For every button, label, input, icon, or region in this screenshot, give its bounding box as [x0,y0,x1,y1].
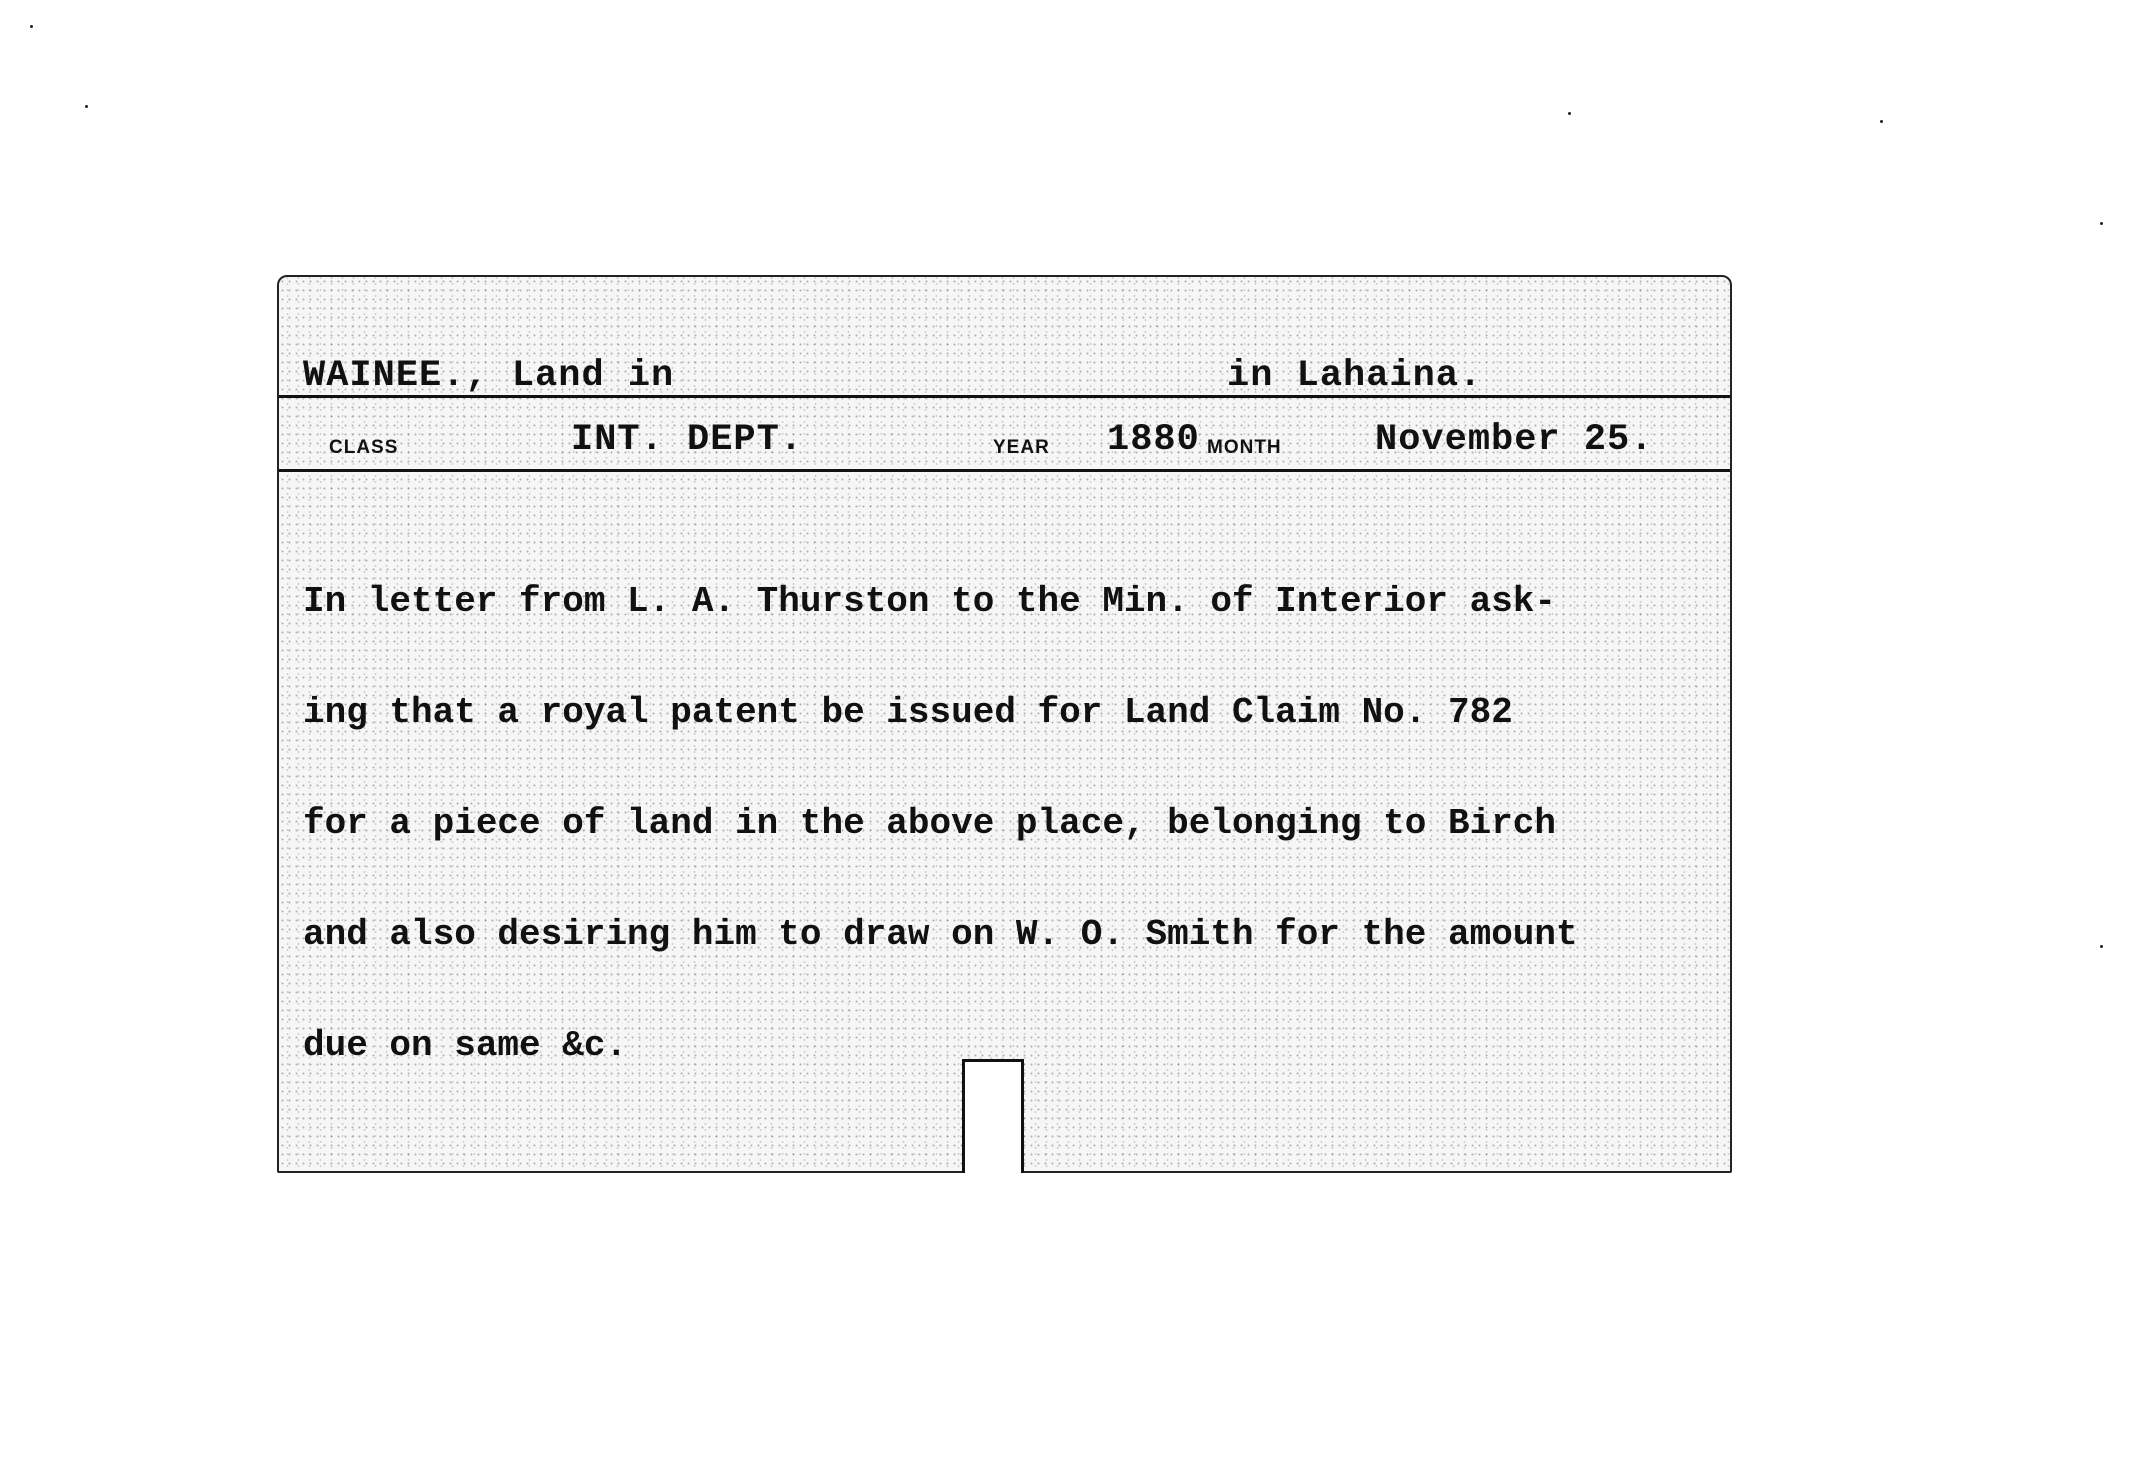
card-body: In letter from L. A. Thurston to the Min… [303,509,1733,1138]
year-label: YEAR [993,437,1050,459]
class-label: CLASS [329,437,398,459]
scan-speck [30,25,33,28]
month-value: November 25. [1375,419,1653,461]
scan-speck [1880,120,1883,123]
class-value: INT. DEPT. [571,419,803,461]
scan-speck [2100,945,2103,948]
month-label: MONTH [1207,437,1282,459]
scan-speck [85,105,88,108]
body-line: ing that a royal patent be issued for La… [303,694,1733,731]
body-line: for a piece of land in the above place, … [303,805,1733,842]
card-notch [962,1059,1024,1173]
body-line: In letter from L. A. Thurston to the Min… [303,583,1733,620]
fields-row: CLASS INT. DEPT. YEAR 1880 MONTH Novembe… [279,395,1730,472]
body-line: and also desiring him to draw on W. O. S… [303,916,1733,953]
scan-speck [2100,222,2103,225]
heading-row: WAINEE., Land in in Lahaina. [279,277,1730,398]
scan-speck [1568,112,1571,115]
card-location: in Lahaina. [1227,355,1482,397]
index-card: WAINEE., Land in in Lahaina. CLASS INT. … [277,275,1732,1173]
card-subject: WAINEE., Land in [303,355,674,397]
year-value: 1880 [1107,419,1200,461]
